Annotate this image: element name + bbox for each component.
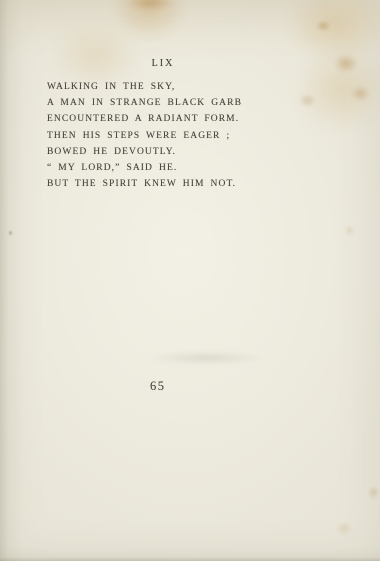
poem-line-4: THEN HIS STEPS WERE EAGER ; bbox=[47, 128, 242, 144]
foxing-stain-top-edge bbox=[128, 0, 172, 10]
foxing-speck-bottom-right bbox=[336, 522, 352, 535]
foxing-speck-right-middle bbox=[345, 225, 354, 236]
showthrough-smudge bbox=[150, 352, 262, 364]
ink-speck-left-edge bbox=[8, 230, 13, 236]
poem-block: WALKING IN THE SKY, A MAN IN STRANGE BLA… bbox=[47, 79, 242, 192]
poem-line-2: A MAN IN STRANGE BLACK GARB bbox=[47, 95, 242, 111]
foxing-stain-upper-right-a bbox=[286, 0, 380, 64]
foxing-speck-bottom-right bbox=[368, 486, 379, 499]
foxing-stain-top-center bbox=[110, 0, 188, 42]
foxing-speck bbox=[316, 20, 331, 32]
poem-line-6: “ MY LORD,” SAID HE. bbox=[47, 160, 242, 176]
foxing-speck bbox=[351, 86, 370, 101]
poem-line-1: WALKING IN THE SKY, bbox=[47, 79, 242, 95]
book-page: LIX WALKING IN THE SKY, A MAN IN STRANGE… bbox=[0, 0, 380, 561]
foxing-speck bbox=[334, 54, 358, 73]
poem-number-heading: LIX bbox=[0, 58, 326, 69]
foxing-speck bbox=[299, 94, 316, 107]
poem-line-5: BOWED HE DEVOUTLY. bbox=[47, 144, 242, 160]
page-number: 65 bbox=[150, 379, 166, 394]
poem-line-7: BUT THE SPIRIT KNEW HIM NOT. bbox=[47, 176, 242, 192]
poem-line-3: ENCOUNTERED A RADIANT FORM. bbox=[47, 111, 242, 127]
